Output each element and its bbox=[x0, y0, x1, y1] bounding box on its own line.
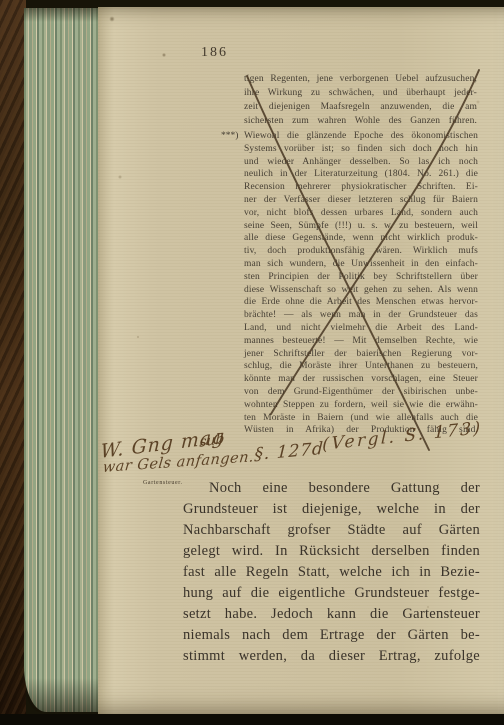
footnote-marker: ***) bbox=[221, 131, 238, 141]
margin-note: Gartensteuer. bbox=[143, 480, 183, 486]
book-cover-edge bbox=[0, 0, 26, 725]
text-line: sichersten zum wahren Wohle des Ganzen f… bbox=[244, 114, 477, 128]
text-line: tiv, doch produktionsfähig wären. Wirkli… bbox=[244, 245, 478, 258]
body-text: Noch eine besondere Gattung derGrundsteu… bbox=[183, 478, 480, 667]
text-line: diese Wissenschaft so weit gehen zu sehe… bbox=[244, 284, 478, 297]
text-line: sten Principien der Politik bey Schrifts… bbox=[244, 271, 478, 284]
handwritten-note: §. 127d bbox=[254, 439, 324, 465]
text-line: jener Schriftsteller der baierischen Reg… bbox=[244, 348, 478, 361]
text-line: vor, nicht blofs dessen urbares Land, so… bbox=[244, 207, 478, 220]
text-line: neulich in der Literaturzeitung (1804. N… bbox=[244, 168, 478, 181]
text-line: die Erde ohne die Arbeit des Menschen et… bbox=[244, 296, 478, 309]
text-line: Wiewohl die glänzende Epoche des ökonomi… bbox=[244, 130, 478, 143]
text-line: tigen Regenten, jene verborgenen Uebel a… bbox=[244, 72, 477, 86]
text-line: seine Seen, Sümpfe (!!!) u. s. w. zu bes… bbox=[244, 220, 478, 233]
page-number: 186 bbox=[201, 45, 228, 61]
text-line: Noch eine besondere Gattung der bbox=[183, 478, 480, 499]
text-line: fast alle Regeln Statt, welche ich in Be… bbox=[183, 562, 480, 583]
text-line: Land, und nicht vielmehr die Arbeit des … bbox=[244, 322, 478, 335]
text-line: alle diese Gegenstände, wenn nicht wirkl… bbox=[244, 232, 478, 245]
text-line: man sich wundern, die Unwissenheit in de… bbox=[244, 258, 478, 271]
text-line: Nachbarschaft grofser Städte auf Gärten bbox=[183, 520, 480, 541]
text-line: stimmt werden, da dieser Ertrag, zufolge bbox=[183, 646, 480, 667]
text-line: ner der Verfasser dieser letzteren schlu… bbox=[244, 194, 478, 207]
book-page-scan: 186 tigen Regenten, jene verborgenen Ueb… bbox=[0, 0, 504, 725]
text-line: setzt habe. Jedoch kann die Gartensteuer bbox=[183, 604, 480, 625]
text-line: brächte! — als wenn man in der Grundsteu… bbox=[244, 309, 478, 322]
page-block-edges bbox=[24, 8, 100, 712]
text-line: zeit diejenigen Maafsregeln anzuwenden, … bbox=[244, 100, 477, 114]
text-line: wohnten Steppen zu fordern, weil sie wie… bbox=[244, 399, 478, 412]
text-line: könnte man der russischen vorschlagen, e… bbox=[244, 373, 478, 386]
text-line: mannes besteuerte! — Mit demselben Recht… bbox=[244, 335, 478, 348]
text-line: gelegt wird. In Rücksicht derselben find… bbox=[183, 541, 480, 562]
footnote-text: Wiewohl die glänzende Epoche des ökonomi… bbox=[244, 130, 478, 437]
text-line: Recension mehrerer physiokratischer Schr… bbox=[244, 181, 478, 194]
text-line: und wieder Anhänger desselben. So las ic… bbox=[244, 156, 478, 169]
text-line: von dem Grund-Eigenthümer der sibirische… bbox=[244, 386, 478, 399]
text-line: hung auf die eigentliche Grundsteuer fes… bbox=[183, 583, 480, 604]
text-line: niemals nach dem Ertrage der Gärten be- bbox=[183, 625, 480, 646]
text-line: schlug, die Moräste ihrer Unterthanen zu… bbox=[244, 360, 478, 373]
text-line: Grundsteuer ist diejenige, welche in der bbox=[183, 499, 480, 520]
text-line: ihre Wirkung zu schwächen, und überhaupt… bbox=[244, 86, 477, 100]
scan-bottom-shadow bbox=[0, 714, 504, 725]
text-line: Systems vorüber ist; so finden sich doch… bbox=[244, 143, 478, 156]
footnote-continuation: tigen Regenten, jene verborgenen Uebel a… bbox=[244, 72, 477, 128]
paper-page: 186 tigen Regenten, jene verborgenen Ueb… bbox=[98, 7, 504, 714]
